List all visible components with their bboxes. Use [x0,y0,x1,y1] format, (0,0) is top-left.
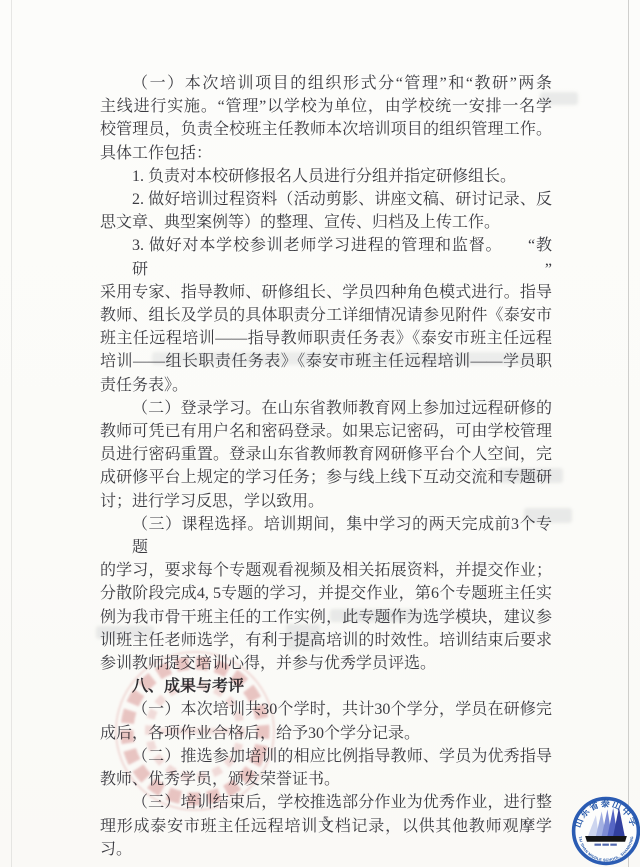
text-line: 分散阶段完成4, 5专题的学习，并提交作业，第6个专题班主任实 [100,582,552,605]
scanned-document-page: （一）本次培训项目的组织形式分“管理”和“教研”两条主线进行实施。“管理”以学校… [0,0,640,867]
page-right-edge-line [628,0,629,867]
text-line: 例为我市骨干班主任的工作实例，此专题作为选学模块，建议参 [100,606,552,629]
text-line: 成后，各项作业合格后，给予30个学分记录。 [100,722,552,745]
text-line: 教师、优秀学员，颁发荣誉证书。 [100,768,552,791]
text-line: 2. 做好培训过程资料（活动剪影、讲座文稿、研讨记录、反 [100,188,552,211]
school-logo: 山东省泰山中学 TAI SHAN MIDDLE SCHOOL, SHANDONG [570,795,640,867]
section-heading: 八、成果与考评 [100,675,552,698]
text-line: （三）培训结束后，学校推选部分作业为优秀作业，进行整 [100,791,552,814]
page-left-edge-line [11,0,12,867]
text-line: 员进行密码重置。登录山东省教师教育网研修平台个人空间，完 [100,443,552,466]
text-line: 参训教师提交培训心得，并参与优秀学员评选。 [100,652,552,675]
text-line: 的学习，要求每个专题观看视频及相关拓展资料，并提交作业； [100,559,552,582]
logo-caption-marks [594,844,616,846]
text-line: 校管理员，负责全校班主任教师本次培训项目的组织管理工作。 [100,118,552,141]
text-line: 教师、组长及学员的具体职责分工详细情况请参见附件《泰安市 [100,304,552,327]
text-line: （二）推选参加培训的相应比例指导教师、学员为优秀指导 [100,745,552,768]
text-line: （二）登录学习。在山东省教师教育网上参加过远程研修的 [100,397,552,420]
text-line: 责任务表》。 [100,374,552,397]
text-line: 思文章、典型案例等）的整理、宣传、归档及上传工作。 [100,211,552,234]
text-line: 主线进行实施。“管理”以学校为单位，由学校统一安排一名学 [100,95,552,118]
logo-base-bar [585,836,627,842]
text-line: 班主任远程培训——指导教师职责任务表》《泰安市班主任远程 [100,327,552,350]
text-line: （三）课程选择。培训期间，集中学习的两天完成前3个专题 [100,513,552,559]
text-line: 1. 负责对本校研修报名人员进行分组并指定研修组长。 [100,165,552,188]
page-number: 5 [100,813,552,829]
text-line: 采用专家、指导教师、研修组长、学员四种角色模式进行。指导 [100,281,552,304]
text-line: （一）本次培训项目的组织形式分“管理”和“教研”两条 [100,72,552,95]
text-line: 3. 做好对本学校参训老师学习进程的管理和监督。 “教研” [100,234,552,280]
text-line: 教师可凭已有用户名和密码登录。如果忘记密码，可由学校管理 [100,420,552,443]
text-line: 训班主任老师选学，有利于提高培训的时效性。培训结束后要求 [100,629,552,652]
text-line: （一）本次培训共30个学时，共计30个学分，学员在研修完 [100,698,552,721]
text-line: 培训——组长职责任务表》《泰安市班主任远程培训——学员职 [100,350,552,373]
text-line: 讨；进行学习反思，学以致用。 [100,490,552,513]
text-line: 成研修平台上规定的学习任务；参与线上线下互动交流和专题研 [100,466,552,489]
text-line: 具体工作包括： [100,142,552,165]
document-body: （一）本次培训项目的组织形式分“管理”和“教研”两条主线进行实施。“管理”以学校… [100,72,552,861]
